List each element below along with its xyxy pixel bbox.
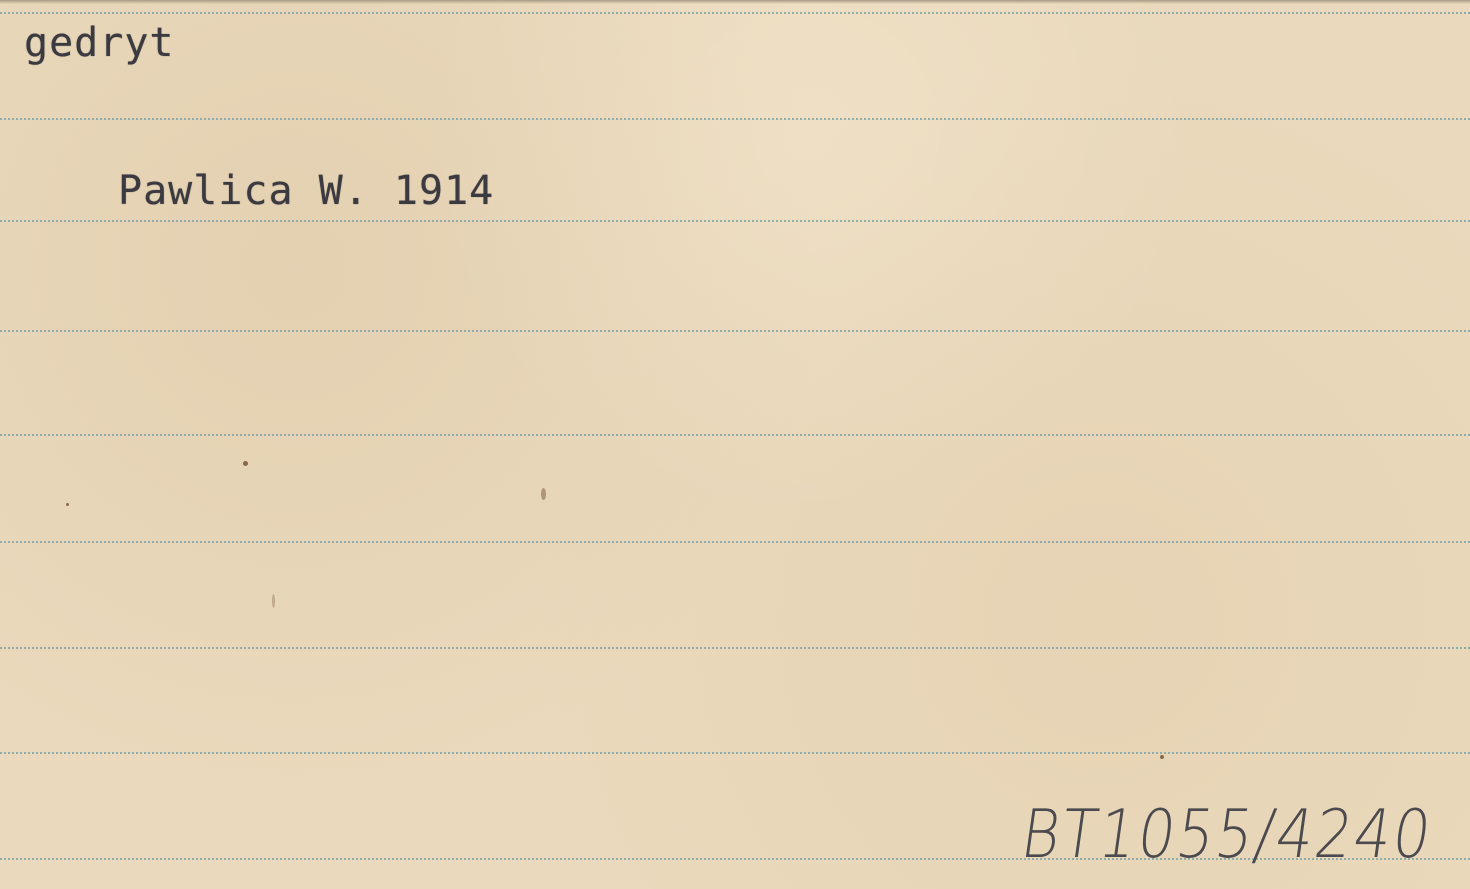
- paper-speck: [1160, 755, 1164, 759]
- ruled-line: [0, 330, 1470, 332]
- index-card: gedryt Pawlica W. 1914 BT1055/4240: [0, 0, 1470, 889]
- ruled-line: [0, 541, 1470, 543]
- paper-speck: [272, 594, 275, 608]
- ruled-line: [0, 12, 1470, 14]
- ruled-line: [0, 647, 1470, 649]
- paper-speck: [541, 488, 546, 500]
- ruled-line: [0, 434, 1470, 436]
- ruled-line: [0, 752, 1470, 754]
- card-top-edge: [0, 0, 1470, 4]
- author-line: Pawlica W. 1914: [118, 168, 494, 214]
- paper-speck: [66, 503, 69, 506]
- paper-speck: [243, 461, 248, 466]
- handwritten-signature: BT1055/4240: [1017, 795, 1438, 873]
- headword: gedryt: [24, 20, 175, 66]
- ruled-line: [0, 118, 1470, 120]
- ruled-line: [0, 220, 1470, 222]
